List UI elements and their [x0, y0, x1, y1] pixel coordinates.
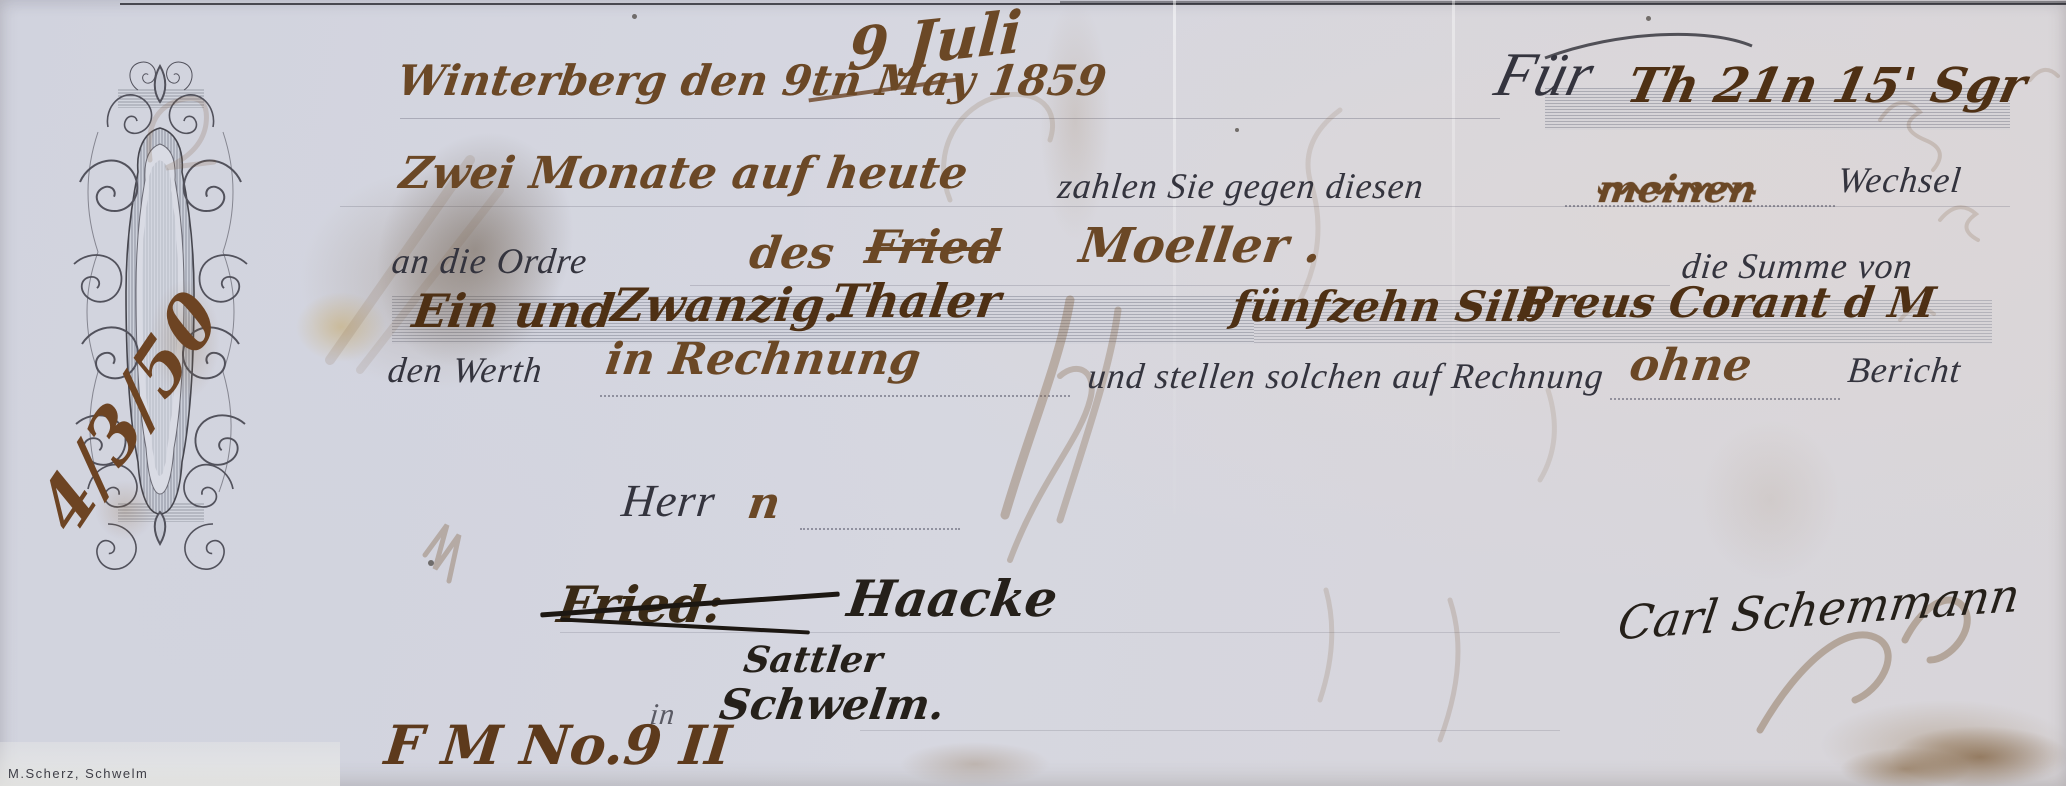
drawee-profession: Sattler — [741, 642, 884, 678]
hand-des: des — [747, 232, 837, 276]
amount-figures: Th 21n 15' Sgr — [1623, 62, 2031, 110]
ghost-ink-marks — [0, 0, 2066, 786]
amount-words-seg3: Thaler — [829, 278, 1004, 324]
printed-stellen: und stellen solchen auf Rechnung — [1086, 358, 1606, 394]
hand-n: n — [745, 482, 783, 526]
crossed-word: meinen — [1595, 170, 1759, 208]
currency-prefix-printed: Für — [1489, 44, 1600, 106]
reference-number: F M No.9 II — [382, 718, 734, 772]
drawee-name: Haacke — [844, 574, 1060, 624]
drawee-city: Schwelm. — [717, 684, 947, 726]
printer-mark: M.Scherz, Schwelm — [8, 766, 148, 781]
printed-werth: den Werth — [386, 352, 544, 388]
wechsel-document: 4/3/50 9 Juli Winterberg den 9tn May 185… — [0, 0, 2066, 786]
term-handwritten: Zwei Monate auf heute — [397, 152, 970, 196]
crossed-payee: Fried — [863, 224, 1004, 270]
printed-herr: Herr — [620, 478, 718, 524]
amount-words-seg5: Preus Corant d M — [1517, 282, 1938, 324]
payee-name: Moeller . — [1077, 222, 1325, 270]
hand-rechnung: in Rechnung — [603, 338, 923, 382]
place-date: Winterberg den 9tn May 1859 — [395, 60, 1109, 102]
printed-bericht: Bericht — [1846, 352, 1963, 388]
hand-ohne: ohne — [1627, 344, 1755, 388]
printed-pay-clause: zahlen Sie gegen diesen — [1056, 168, 1426, 204]
amount-words-seg4: fünfzehn Silb — [1229, 286, 1550, 328]
amount-words-seg1: Ein und — [410, 288, 618, 334]
printed-ordre: an die Ordre — [390, 243, 589, 279]
printed-wechsel: Wechsel — [1836, 162, 1963, 198]
amount-words-seg2: Zwanzig. — [609, 282, 844, 328]
